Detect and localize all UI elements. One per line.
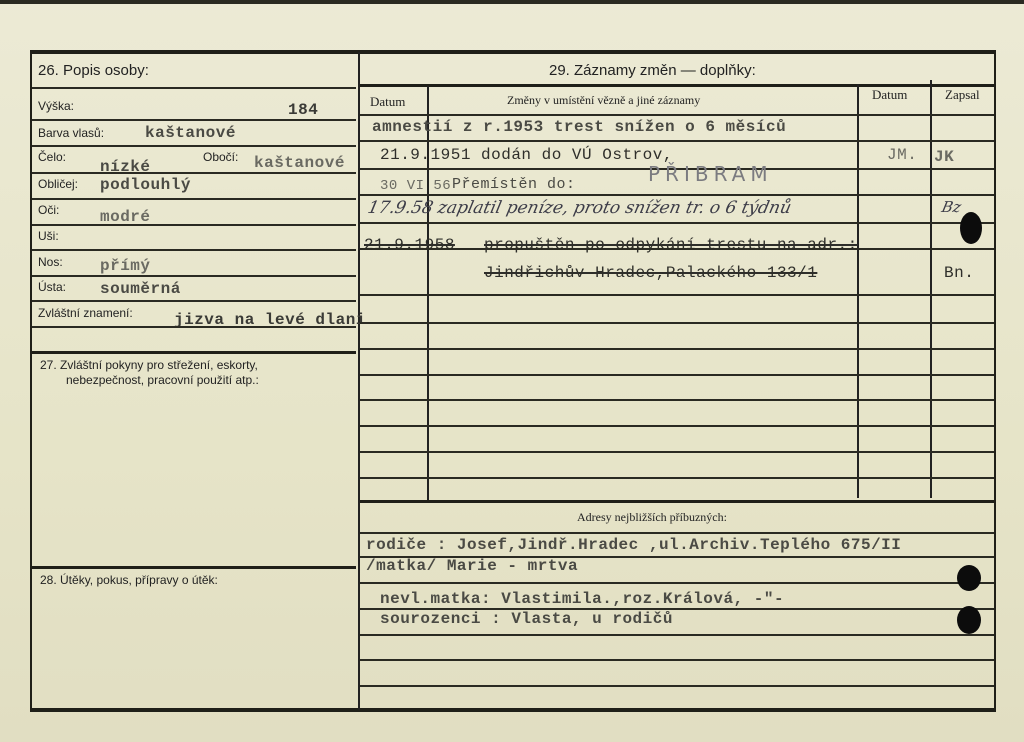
divider (360, 248, 994, 250)
label-mouth: Ústa: (38, 280, 66, 294)
col-divider-changes (857, 84, 859, 498)
divider (360, 685, 994, 687)
entry-date: 30 VI 56 (380, 178, 451, 194)
entry-stamp: PŘIBRAM (648, 162, 773, 186)
entry-date: 21.9.1958 (364, 236, 455, 254)
col-divider-date2 (930, 80, 932, 498)
divider (360, 374, 994, 376)
section-26-title: 26. Popis osoby: (38, 62, 149, 79)
divider (32, 326, 356, 328)
divider (360, 425, 994, 427)
divider (32, 172, 356, 174)
col-header-changes: Změny v umístění vězně a jiné záznamy (507, 93, 700, 108)
label-height: Výška: (38, 99, 74, 113)
punch-hole (960, 212, 982, 244)
section-29-title: 29. Záznamy změn — doplňky: (549, 62, 756, 79)
entry-text: 21.9.1951 dodán do VÚ Ostrov, (380, 146, 673, 164)
value-eyebrows: kaštanové (254, 154, 345, 172)
divider (360, 222, 994, 224)
divider (32, 275, 356, 277)
section-28-title: 28. Útěky, pokus, přípravy o útěk: (40, 573, 218, 587)
label-distinguishing-marks: Zvláštní znamení: (38, 306, 133, 320)
divider (360, 532, 994, 534)
relatives-line: nevl.matka: Vlastimila.,roz.Králová, -"- (380, 590, 784, 608)
section-27-title-line1: 27. Zvláštní pokyny pro střežení, eskort… (40, 358, 258, 372)
value-hair-color: kaštanové (145, 124, 236, 142)
divider (360, 322, 994, 324)
relatives-line: /matka/ Marie - mrtva (366, 557, 578, 575)
entry-text: propuštěn po odpykání trestu na adr.: (484, 236, 858, 254)
relatives-line: sourozenci : Vlasta, u rodičů (380, 610, 673, 628)
divider (360, 451, 994, 453)
divider (32, 145, 356, 147)
divider (360, 659, 994, 661)
divider (360, 399, 994, 401)
divider (360, 294, 994, 296)
entry-date-handwritten: 17.9.58 (366, 198, 435, 218)
entry-recorded-by: Bn. (944, 264, 974, 282)
entry-text: amnestií z r.1953 trest snížen o 6 měsíc… (372, 118, 786, 136)
col-header-recorded-by: Zapsal (945, 87, 980, 103)
divider (32, 87, 356, 89)
divider (360, 348, 994, 350)
entry-text-handwritten: zaplatil peníze, proto snížen tr. o 6 tý… (436, 198, 793, 218)
label-eyebrows: Obočí: (203, 150, 238, 164)
value-mouth: souměrná (100, 280, 181, 298)
divider (360, 194, 994, 196)
value-face: podlouhlý (100, 176, 191, 194)
col-header-date: Datum (370, 94, 405, 110)
main-divider (358, 52, 360, 710)
value-nose: přímý (100, 257, 151, 275)
divider (32, 198, 356, 200)
section-divider (32, 566, 356, 569)
punch-hole (957, 565, 981, 591)
entry-text: Přemístěn do: (452, 176, 576, 193)
label-forehead: Čelo: (38, 150, 66, 164)
col-header-date2: Datum (872, 87, 907, 103)
divider (32, 224, 356, 226)
section-27-title-line2: nebezpečnost, pracovní použití atp.: (66, 373, 259, 387)
entry-text: Jindřichův Hradec,Palackého 133/1 (484, 264, 817, 282)
label-ears: Uši: (38, 229, 59, 243)
entry-date2: JM. (887, 146, 917, 164)
divider (360, 477, 994, 479)
label-nose: Nos: (38, 255, 63, 269)
label-face: Obličej: (38, 177, 78, 191)
divider (32, 249, 356, 251)
section-divider (360, 500, 994, 503)
relatives-line: rodiče : Josef,Jindř.Hradec ,ul.Archiv.T… (366, 536, 901, 554)
divider (32, 300, 356, 302)
label-eyes: Oči: (38, 203, 59, 217)
relatives-title: Adresy nejbližších příbuzných: (577, 510, 727, 525)
divider (360, 140, 994, 142)
entry-recorded-by-handwritten: Bz (940, 198, 963, 216)
label-hair-color: Barva vlasů: (38, 126, 104, 140)
divider (360, 582, 994, 584)
divider (360, 634, 994, 636)
scan-edge (0, 0, 1024, 4)
value-height: 184 (288, 101, 318, 119)
punch-hole (957, 606, 981, 634)
entry-recorded-by: JK (934, 148, 954, 166)
divider (360, 114, 994, 116)
section-divider (32, 351, 356, 354)
divider (32, 119, 356, 121)
